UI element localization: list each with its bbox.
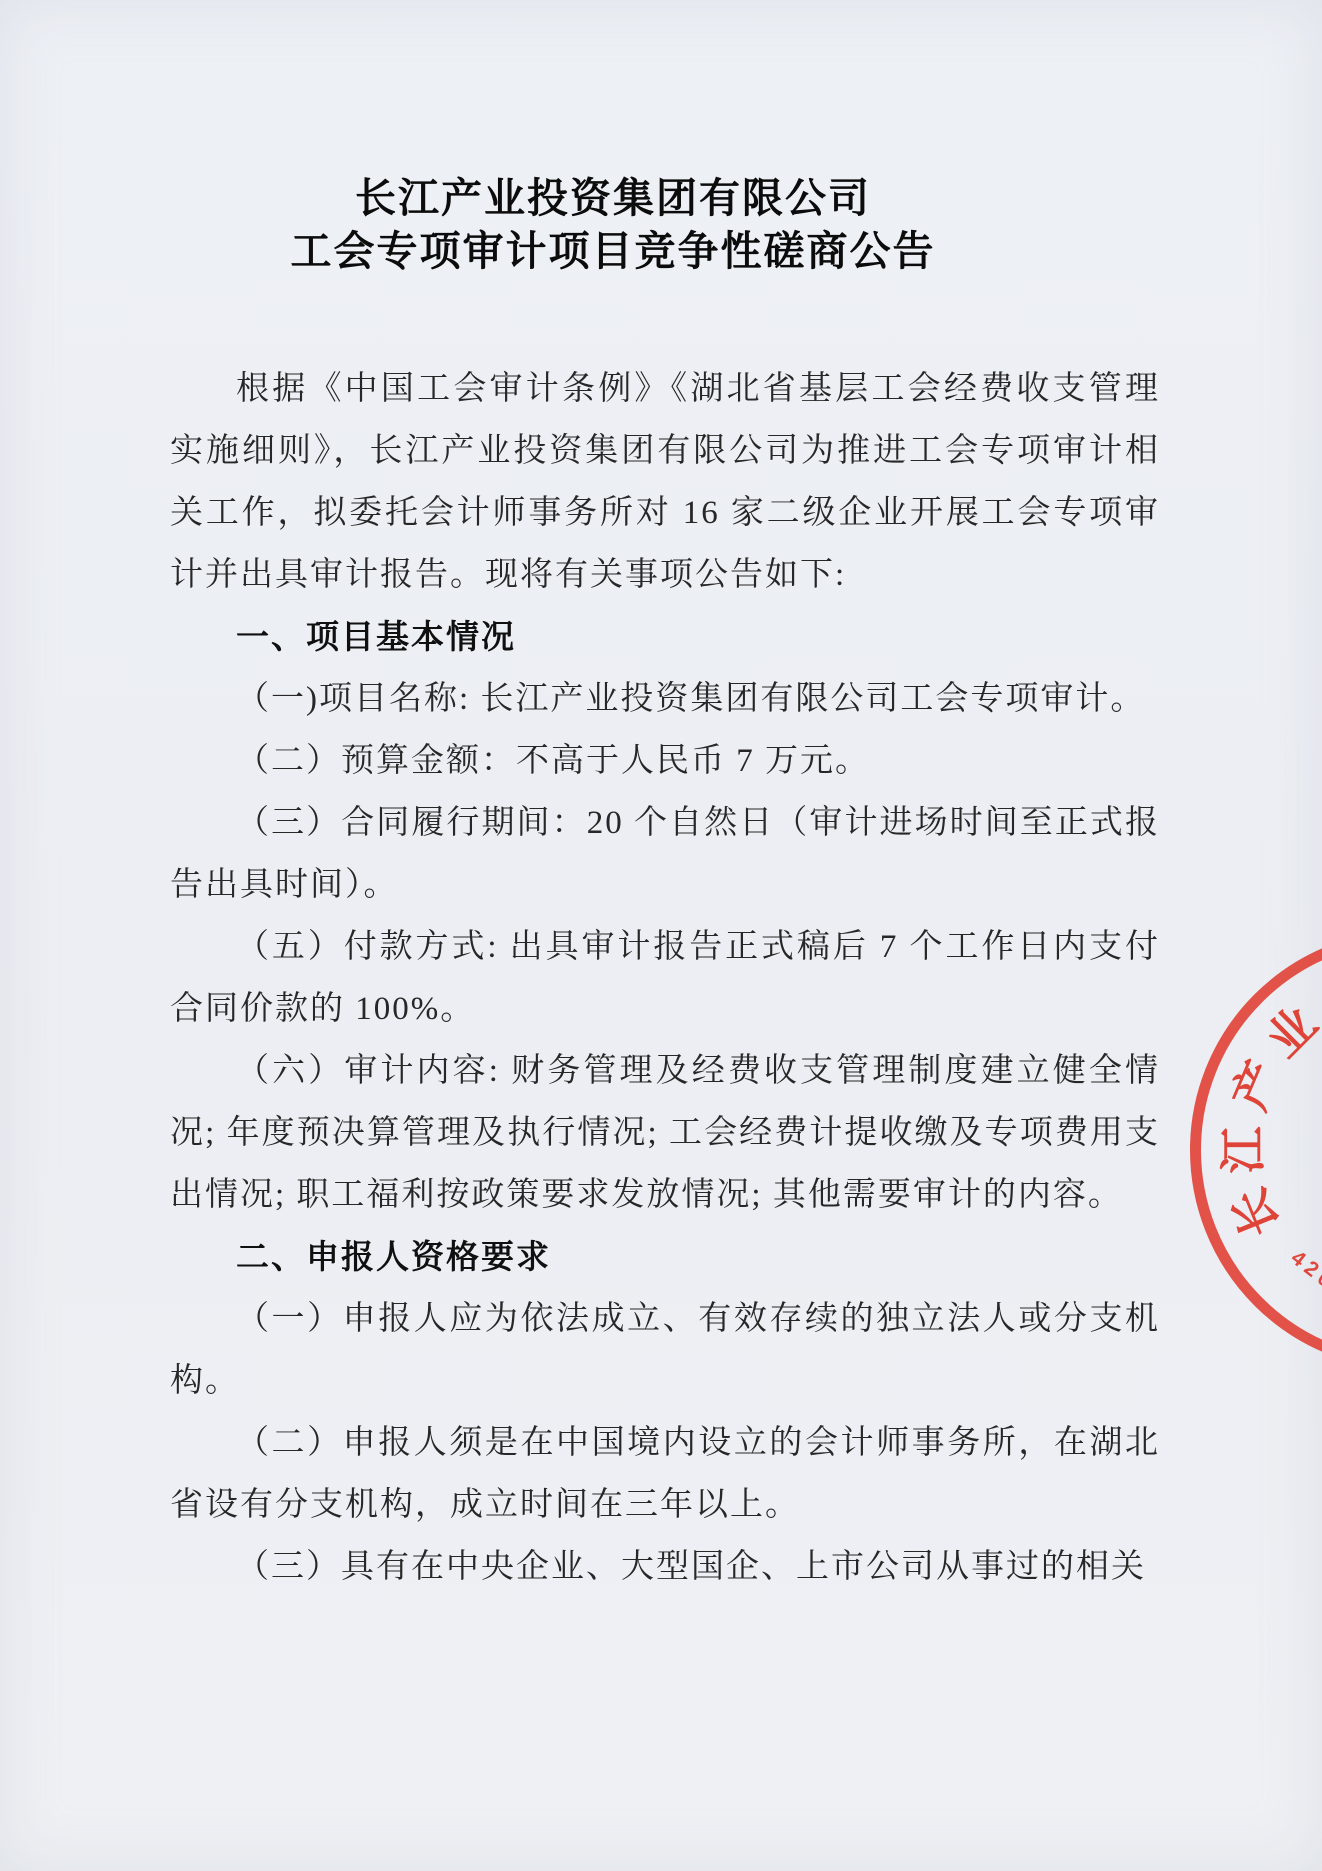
document-title: 长江产业投资集团有限公司 工会专项审计项目竞争性磋商公告	[0, 0, 1322, 278]
document-page: 长江产业投资集团有限公司 工会专项审计项目竞争性磋商公告 根据《中国工会审计条例…	[0, 0, 1322, 1871]
section-1-item-1: （一)项目名称: 长江产业投资集团有限公司工会专项审计。	[170, 668, 1160, 730]
document-title-line-2: 工会专项审计项目竞争性磋商公告	[0, 225, 1274, 278]
document-body: 根据《中国工会审计条例》《湖北省基层工会经费收支管理实施细则》，长江产业投资集团…	[170, 358, 1160, 1598]
seal-character: 长	[1226, 1181, 1287, 1242]
section-2-item-2: （二）申报人须是在中国境内设立的会计师事务所，在湖北省设有分支机构，成立时间在三…	[170, 1412, 1160, 1536]
seal-character: 产	[1227, 1055, 1289, 1117]
section-heading-1: 一、项目基本情况	[170, 606, 1160, 668]
section-1-item-3: （三）合同履行期间：20 个自然日（审计进场时间至正式报告出具时间）。	[170, 792, 1160, 916]
seal-character: 江	[1222, 1127, 1269, 1174]
document-title-line-1: 长江产业投资集团有限公司	[0, 172, 1274, 225]
section-1-item-5: （六）审计内容: 财务管理及经费收支管理制度建立健全情况; 年度预决算管理及执行…	[170, 1040, 1160, 1226]
section-heading-2: 二、申报人资格要求	[170, 1226, 1160, 1288]
company-seal-stamp: 业 产 江 长 420	[1190, 930, 1322, 1370]
seal-code: 420	[1286, 1246, 1322, 1296]
section-2-item-1: （一）申报人应为依法成立、有效存续的独立法人或分支机构。	[170, 1288, 1160, 1412]
section-1-item-4: （五）付款方式: 出具审计报告正式稿后 7 个工作日内支付合同价款的 100%。	[170, 916, 1160, 1040]
intro-paragraph: 根据《中国工会审计条例》《湖北省基层工会经费收支管理实施细则》，长江产业投资集团…	[170, 358, 1160, 606]
section-2-item-3: （三）具有在中央企业、大型国企、上市公司从事过的相关	[170, 1536, 1160, 1598]
section-1-item-2: （二）预算金额：不高于人民币 7 万元。	[170, 730, 1160, 792]
seal-character: 业	[1260, 1000, 1322, 1066]
